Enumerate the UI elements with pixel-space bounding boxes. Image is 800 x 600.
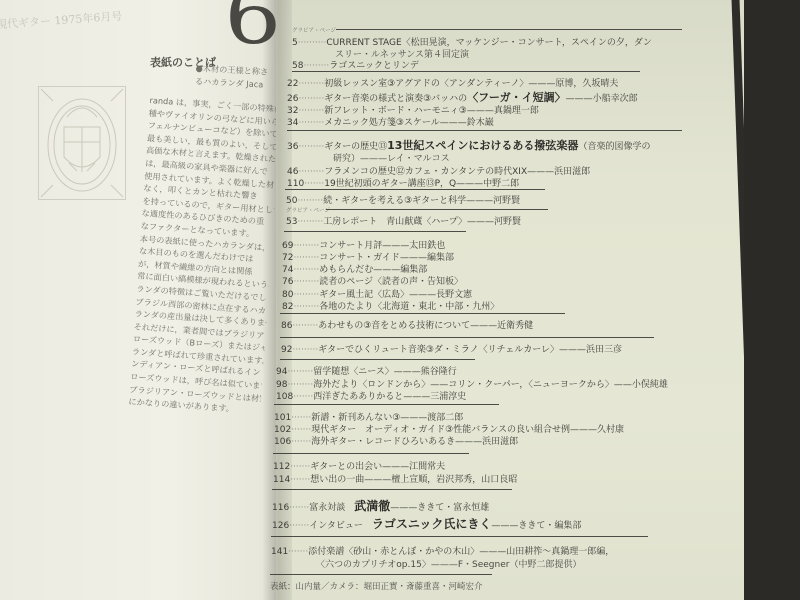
entry-author: 河野賢: [494, 217, 521, 227]
dash: ———: [570, 425, 597, 435]
entry-author: 編集部: [427, 253, 454, 263]
entry-author: コリン・クーパー，〈ニューヨークから〉: [448, 380, 614, 390]
divider: [287, 130, 682, 131]
leader-dots: ·········: [293, 277, 319, 287]
entry-author: 檀上宣順，岩沢邦秀，山口良昭: [391, 475, 517, 485]
dash: ——: [614, 380, 632, 390]
entry-author: 熊谷隆行: [421, 367, 457, 377]
dash: ———: [566, 94, 593, 104]
entry-title: 西洋ぎたあありかると: [313, 392, 403, 402]
leader-dots: ·········: [297, 217, 323, 227]
leader-dots: ·········: [297, 196, 323, 206]
entry-title: ギターでひくリュート音楽③ダ・ミラノ〈リチェルカーレ〉: [318, 345, 559, 355]
leader-dots: ··········: [298, 38, 327, 48]
toc-entry[interactable]: 22·········初級レッスン室③アグアドの〈アンダンティーノ〉———原博，…: [287, 76, 618, 89]
issue-title: 現代ギター 1975年6月号: [0, 8, 123, 33]
entry-author: 小俣純雄: [632, 380, 668, 390]
entry-title: インタビュー: [309, 521, 372, 531]
entry-title: 海外ギター・レコードひろいあるき: [311, 437, 455, 447]
entry-author: 小船幸次郎: [593, 94, 638, 104]
divider: [292, 71, 640, 72]
entry-title: 添付楽譜〈砂山・赤とんぼ・かやの木山〉: [308, 547, 479, 557]
entry-author: 久村康: [597, 425, 624, 435]
toc-entry[interactable]: 82·········各地のたより〈北海道・東北・中部・九州〉: [282, 299, 499, 312]
dash: ———: [382, 462, 409, 472]
dash: ———: [403, 392, 430, 402]
entry-author: 浜田滋郎: [482, 437, 518, 447]
leader-dots: ·······: [289, 503, 309, 513]
dash: ———: [390, 503, 417, 513]
divider: [326, 209, 548, 210]
divider: [274, 404, 499, 405]
entry-author: 河野賢: [493, 196, 520, 206]
entry-title: 続・ギターを考える③ギターと科学: [323, 196, 466, 206]
leader-dots: ·······: [290, 475, 310, 485]
page-gutter: [262, 0, 292, 600]
dash: ———: [440, 118, 467, 128]
entry-author: ききて・編集部: [518, 521, 581, 531]
dash: ———: [431, 560, 458, 570]
divider: [270, 574, 492, 575]
section-label-gravure: グラビア・ページ: [292, 26, 336, 34]
divider: [280, 313, 565, 314]
entry-author: 真鍋理一郎: [494, 106, 539, 116]
entry-title: ギターとの出会い: [310, 462, 382, 472]
entry-title-bold: 武満徹: [354, 499, 390, 513]
entry-title: 初級レッスン室③アグアドの〈アンダンティーノ〉: [324, 79, 528, 89]
toc-entry[interactable]: 110·······19世紀初頭のギター講座⑬P，Q———中野二郎: [287, 176, 519, 189]
entry-author: 山田耕筰～真鍋理一郎編，: [506, 547, 614, 557]
toc-entry[interactable]: 58·········ラゴスニックとリンデ: [292, 58, 419, 71]
dash: ———: [360, 154, 387, 164]
credits: 表紙：山内量／カメラ：堀田正實・斎藤重喜・河崎宏介: [270, 580, 483, 592]
dash: ———: [527, 167, 554, 177]
entry-title-suffix: （音楽的図像学の: [578, 142, 650, 152]
divider: [336, 29, 682, 30]
toc-entry[interactable]: 76·········読者のページ〈読者の声・告知板〉: [282, 274, 463, 287]
dash: ———: [528, 79, 555, 89]
entry-author: 三浦淳史: [430, 392, 466, 402]
entry-continuation-text: 〈六つのカプリチオop.15〉: [316, 560, 431, 570]
entry-author: 江間常夫: [409, 462, 445, 472]
toc-entry[interactable]: 50·········続・ギターを考える③ギターと科学———河野賢: [286, 193, 520, 206]
entry-author: ききて・富永恒雄: [417, 503, 489, 513]
divider: [285, 189, 545, 190]
leader-dots: ·······: [293, 392, 313, 402]
dash: ———: [364, 475, 391, 485]
coat-of-arms-emblem-icon: [38, 86, 126, 200]
leader-dots: ·········: [293, 302, 319, 312]
entry-title: 留学随想〈ニース〉: [313, 367, 394, 377]
section-label-gravure: グラビア・ページ: [286, 206, 330, 214]
left-page: 現代ギター 1975年6月号 表紙のことば ●木材の王様と称さ るハカランダ J…: [0, 0, 285, 600]
toc-entry[interactable]: 112·······ギターとの出会い———江間常夫: [273, 459, 445, 472]
entry-title: ラゴスニックとリンデ: [329, 61, 419, 71]
divider: [280, 359, 475, 360]
entry-title: 富永対談: [309, 503, 354, 513]
entry-title: メカニック処方箋③スケール: [324, 118, 440, 128]
leader-dots: ·······: [304, 179, 324, 189]
entry-title: 19世紀初頭のギター講座⑬P，Q: [324, 179, 456, 189]
leader-dots: ·········: [298, 118, 324, 128]
leader-dots: ·······: [291, 437, 311, 447]
dash: ———: [470, 321, 497, 331]
entry-author: 浜田滋郎: [554, 167, 590, 177]
toc-entry[interactable]: 108·······西洋ぎたあありかると———三浦淳史: [276, 389, 466, 402]
leader-dots: ·········: [292, 321, 318, 331]
divider: [272, 489, 512, 490]
toc-entry[interactable]: 126·······インタビュー ラゴスニック氏にきく———ききて・編集部: [272, 515, 581, 532]
divider: [273, 453, 469, 454]
entry-title-bold: ラゴスニック氏にきく: [372, 517, 492, 531]
leader-dots: ·······: [289, 521, 309, 531]
cover-words-body-main: randa は，事実，ごく一部の特殊材（ 種やヴァイオリンの弓などに用いられる …: [128, 94, 282, 417]
page-number: 58: [292, 61, 303, 71]
dash: ———: [491, 521, 518, 531]
leader-dots: ·······: [290, 462, 310, 472]
entry-author: F・Seegner（中野二郎提供）: [458, 560, 582, 570]
toc-entry[interactable]: 106·······海外ギター・レコードひろいあるき———浜田滋郎: [274, 434, 518, 447]
entry-author: レイ・マルコス: [387, 154, 450, 164]
dash: ———: [455, 437, 482, 447]
entry-title: 各地のたより〈北海道・東北・中部・九州〉: [319, 302, 499, 312]
toc-entry[interactable]: 141·······添付楽譜〈砂山・赤とんぼ・かやの木山〉———山田耕筰～真鍋理…: [271, 544, 614, 557]
dash: ———: [467, 217, 494, 227]
toc-entry[interactable]: 116·······富永対談 武満徹———ききて・富永恒雄: [272, 497, 489, 514]
entry-author: 浜田三彦: [586, 345, 622, 355]
toc-entry[interactable]: 92·········ギターでひくリュート音楽③ダ・ミラノ〈リチェルカーレ〉——…: [281, 342, 622, 355]
divider: [284, 231, 466, 232]
toc-entry[interactable]: 86·········あわせもの③音をとめる技術について———近衛秀健: [281, 318, 533, 331]
entry-title: 想い出の一曲: [310, 475, 364, 485]
entry-continuation-text: 研究）: [333, 154, 360, 164]
leader-dots: ·········: [303, 61, 329, 71]
dash: ———: [479, 547, 506, 557]
entry-author: 中野二郎: [483, 179, 519, 189]
divider: [280, 337, 654, 338]
toc-entry[interactable]: 34·········メカニック処方箋③スケール———鈴木巌: [287, 115, 494, 128]
dash: ———: [466, 196, 493, 206]
toc-entry[interactable]: 114·······想い出の一曲———檀上宣順，岩沢邦秀，山口良昭: [273, 472, 517, 485]
entry-title: 工房レポート 青山献蔵〈ハープ〉: [323, 217, 467, 227]
entry-continuation: 研究）———レイ・マルコス: [333, 151, 450, 164]
dash: ———: [456, 179, 483, 189]
entry-author: 原博，久坂晴夫: [555, 79, 618, 89]
entry-continuation: 〈六つのカプリチオop.15〉———F・Seegner（中野二郎提供）: [316, 557, 581, 570]
entry-author: 近衛秀健: [497, 321, 533, 331]
leader-dots: ·········: [298, 142, 324, 152]
entry-title: あわせもの③音をとめる技術について: [318, 321, 470, 331]
leader-dots: ·········: [292, 345, 318, 355]
divider: [271, 536, 648, 537]
entry-title: 読者のページ〈読者の声・告知板〉: [319, 277, 463, 287]
toc-entry[interactable]: 94·········留学随想〈ニース〉———熊谷隆行: [276, 364, 457, 377]
entry-author: 鈴木巌: [467, 118, 494, 128]
leader-dots: ·········: [298, 79, 324, 89]
toc-entry[interactable]: 53·········工房レポート 青山献蔵〈ハープ〉———河野賢: [286, 214, 521, 227]
dash: ———: [394, 367, 421, 377]
dash: ———: [559, 345, 586, 355]
